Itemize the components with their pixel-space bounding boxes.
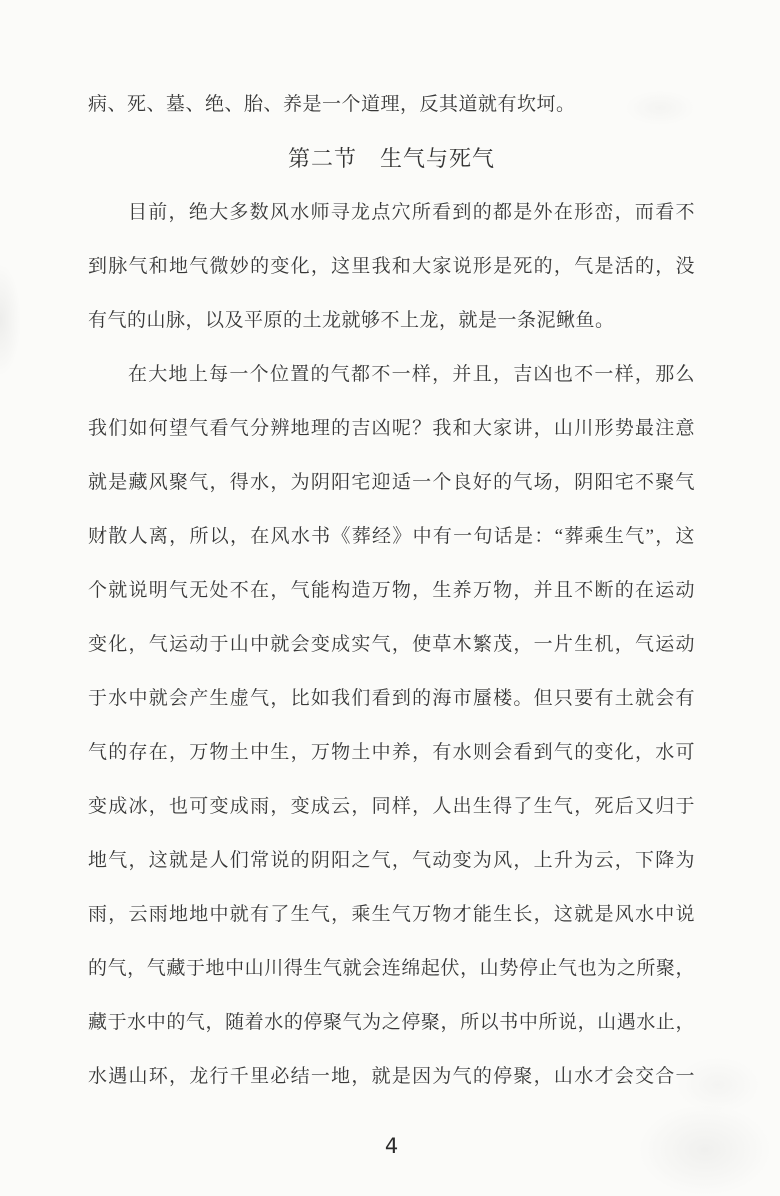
paragraph-2: 在大地上每一个位置的气都不一样，并且，吉凶也不一样，那么 我们如何望气看气分辨地…: [88, 348, 695, 1104]
paragraph-line: 水遇山环，龙行千里必结一地，就是因为气的停聚，山水才会交合一: [88, 1050, 695, 1104]
paragraph-line: 地气，这就是人们常说的阴阳之气，气动变为风，上升为云，下降为: [88, 834, 695, 888]
paragraph-line: 在大地上每一个位置的气都不一样，并且，吉凶也不一样，那么: [88, 348, 695, 402]
paragraph-line: 有气的山脉，以及平原的土龙就够不上龙，就是一条泥鳅鱼。: [88, 294, 695, 348]
page-number: 4: [88, 1124, 695, 1168]
paragraph-line: 财散人离，所以，在风水书《葬经》中有一句话是：“葬乘生气”，这: [88, 510, 695, 564]
paragraph-line: 气的存在，万物土中生，万物土中养，有水则会看到气的变化，水可: [88, 726, 695, 780]
paragraph-line: 于水中就会产生虚气，比如我们看到的海市蜃楼。但只要有土就会有: [88, 672, 695, 726]
paragraph-line: 就是藏风聚气，得水，为阴阳宅迎适一个良好的气场，阴阳宅不聚气: [88, 456, 695, 510]
paragraph-line: 藏于水中的气，随着水的停聚气为之停聚，所以书中所说，山遇水止，: [88, 996, 695, 1050]
paragraph-line: 个就说明气无处不在，气能构造万物，生养万物，并且不断的在运动: [88, 564, 695, 618]
continuation-line: 病、死、墓、绝、胎、养是一个道理，反其道就有坎坷。: [88, 78, 695, 132]
paragraph-line: 变化，气运动于山中就会变成实气，使草木繁茂，一片生机，气运动: [88, 618, 695, 672]
section-heading: 第二节 生气与死气: [88, 132, 695, 186]
paragraph-line: 雨，云雨地地中就有了生气，乘生气万物才能生长，这就是风水中说: [88, 888, 695, 942]
paragraph-line: 到脉气和地气微妙的变化，这里我和大家说形是死的，气是活的，没: [88, 240, 695, 294]
paragraph-line: 目前，绝大多数风水师寻龙点穴所看到的都是外在形峦，而看不: [88, 186, 695, 240]
paragraph-line: 的气，气藏于地中山川得生气就会连绵起伏，山势停止气也为之所聚，: [88, 942, 695, 996]
document-page: 病、死、墓、绝、胎、养是一个道理，反其道就有坎坷。 第二节 生气与死气 目前，绝…: [0, 0, 780, 1196]
paragraph-line: 我们如何望气看气分辨地理的吉凶呢？我和大家讲，山川形势最注意: [88, 402, 695, 456]
paragraph-1: 目前，绝大多数风水师寻龙点穴所看到的都是外在形峦，而看不 到脉气和地气微妙的变化…: [88, 186, 695, 348]
paragraph-line: 变成冰，也可变成雨，变成云，同样，人出生得了生气，死后又归于: [88, 780, 695, 834]
